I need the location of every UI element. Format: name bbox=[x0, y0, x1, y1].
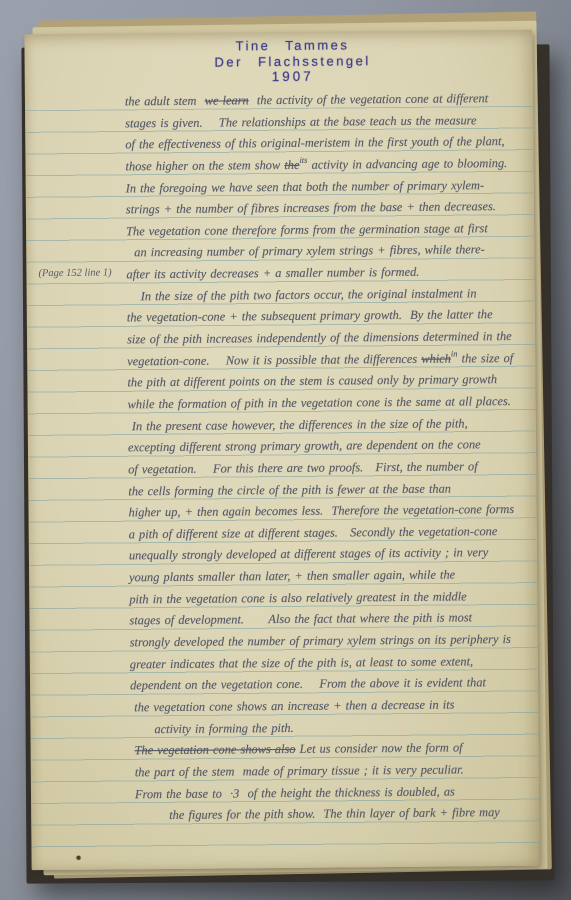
handwriting-lines: the adult stem we learn the activity of … bbox=[25, 88, 539, 828]
handwritten-line: the part of the stem made of primary tis… bbox=[31, 759, 539, 785]
ink-speck bbox=[77, 856, 81, 860]
handwritten-line: an increasing number of primary xylem st… bbox=[26, 239, 534, 265]
manuscript-page: Tine Tammes Der Flachsstengel 1907 (Page… bbox=[24, 30, 539, 870]
stamp-year: 1907 bbox=[39, 67, 547, 87]
handwritten-line: of vegetation. For this there are two pr… bbox=[28, 456, 536, 482]
handwritten-line: the figures for the pith show. The thin … bbox=[31, 802, 539, 828]
handwritten-line: unequally strongly developed at differen… bbox=[29, 542, 537, 568]
title-stamp: Tine Tammes Der Flachsstengel 1907 bbox=[38, 36, 546, 87]
handwritten-line: dependent on the vegetation cone. From t… bbox=[30, 672, 538, 698]
photograph-scene: Tine Tammes Der Flachsstengel 1907 (Page… bbox=[0, 0, 571, 900]
